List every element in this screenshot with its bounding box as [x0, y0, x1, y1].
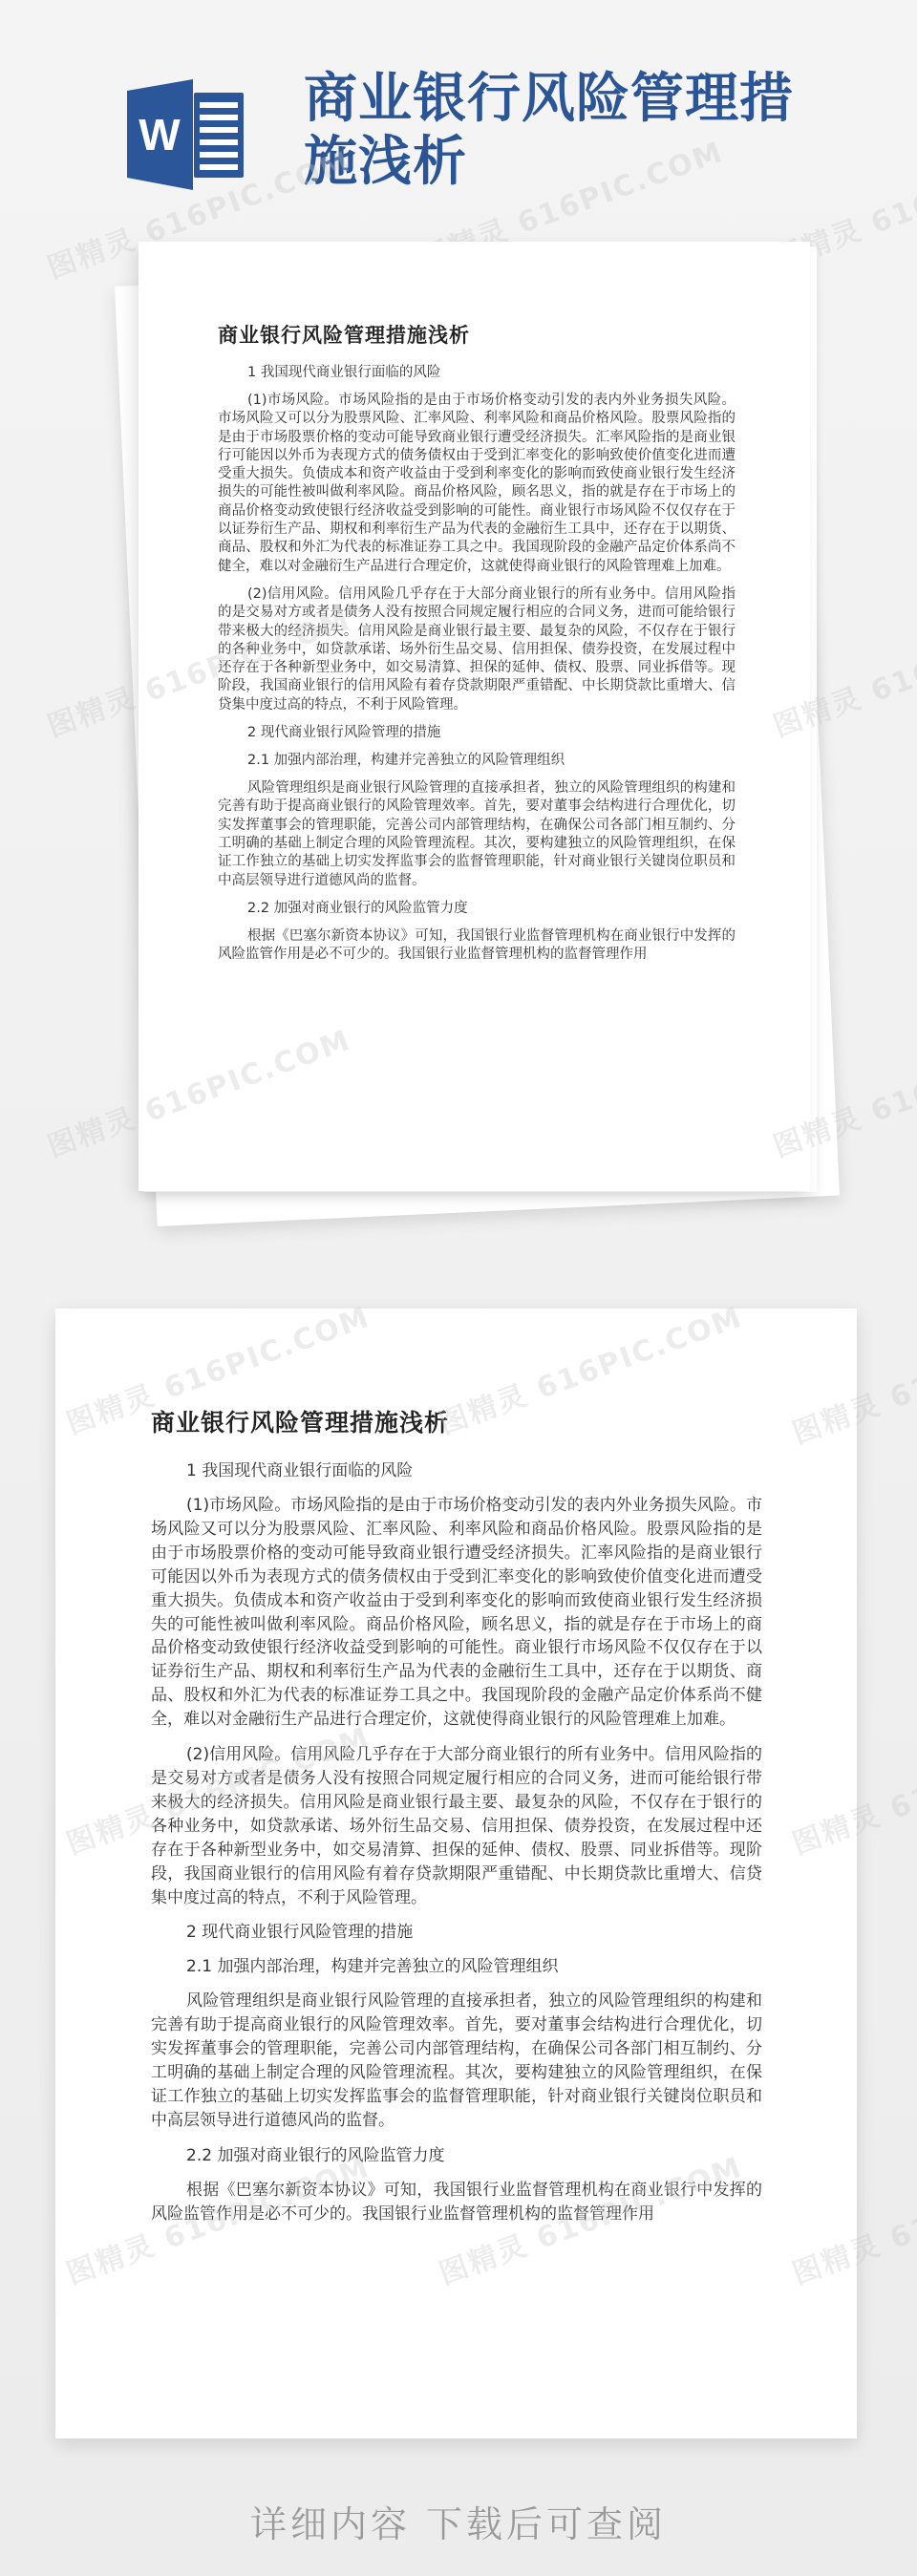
- document-title: 商业银行风险管理措施浅析: [218, 323, 736, 348]
- paragraph: (1)市场风险。市场风险指的是由于市场价格变动引发的表内外业务损失风险。市场风险…: [218, 392, 736, 576]
- document-page-preview: 商业银行风险管理措施浅析 1 我国现代商业银行面临的风险 (1)市场风险。市场风…: [139, 242, 810, 1191]
- document-page-full: 商业银行风险管理措施浅析 1 我国现代商业银行面临的风险 (1)市场风险。市场风…: [55, 1309, 857, 2438]
- paragraph: (2)信用风险。信用风险几乎存在于大部分商业银行的所有业务中。信用风险指的是交易…: [218, 585, 736, 714]
- section-heading: 2 现代商业银行风险管理的措施: [151, 1921, 762, 1944]
- word-document-icon: W: [127, 79, 245, 190]
- section-heading: 2.2 加强对商业银行的风险监管力度: [218, 900, 736, 918]
- document-content: 商业银行风险管理措施浅析 1 我国现代商业银行面临的风险 (1)市场风险。市场风…: [151, 1408, 762, 2238]
- section-heading: 2.1 加强内部治理，构建并完善独立的风险管理组织: [218, 752, 736, 770]
- paragraph: 根据《巴塞尔新资本协议》可知，我国银行业监督管理机构在商业银行中发挥的风险监管作…: [151, 2179, 762, 2226]
- paragraph: 风险管理组织是商业银行风险管理的直接承担者，独立的风险管理组织的构建和完善有助于…: [218, 779, 736, 890]
- paragraph: 风险管理组织是商业银行风险管理的直接承担者，独立的风险管理组织的构建和完善有助于…: [151, 1990, 762, 2132]
- page-title: 商业银行风险管理措施浅析: [304, 67, 839, 193]
- section-heading: 2.1 加强内部治理，构建并完善独立的风险管理组织: [151, 1955, 762, 1978]
- download-hint: 详细内容 下载后可查阅: [0, 2495, 917, 2547]
- section-heading: 1 我国现代商业银行面临的风险: [151, 1459, 762, 1482]
- paragraph: (1)市场风险。市场风险指的是由于市场价格变动引发的表内外业务损失风险。市场风险…: [151, 1494, 762, 1732]
- word-letter: W: [139, 110, 181, 160]
- section-heading: 2.2 加强对商业银行的风险监管力度: [151, 2144, 762, 2167]
- section-heading: 2 现代商业银行风险管理的措施: [218, 724, 736, 742]
- document-content: 商业银行风险管理措施浅析 1 我国现代商业银行面临的风险 (1)市场风险。市场风…: [218, 323, 736, 973]
- paragraph: (2)信用风险。信用风险几乎存在于大部分商业银行的所有业务中。信用风险指的是交易…: [151, 1743, 762, 1909]
- document-title: 商业银行风险管理措施浅析: [151, 1408, 762, 1438]
- section-heading: 1 我国现代商业银行面临的风险: [218, 364, 736, 382]
- paragraph: 根据《巴塞尔新资本协议》可知，我国银行业监督管理机构在商业银行中发挥的风险监管作…: [218, 927, 736, 965]
